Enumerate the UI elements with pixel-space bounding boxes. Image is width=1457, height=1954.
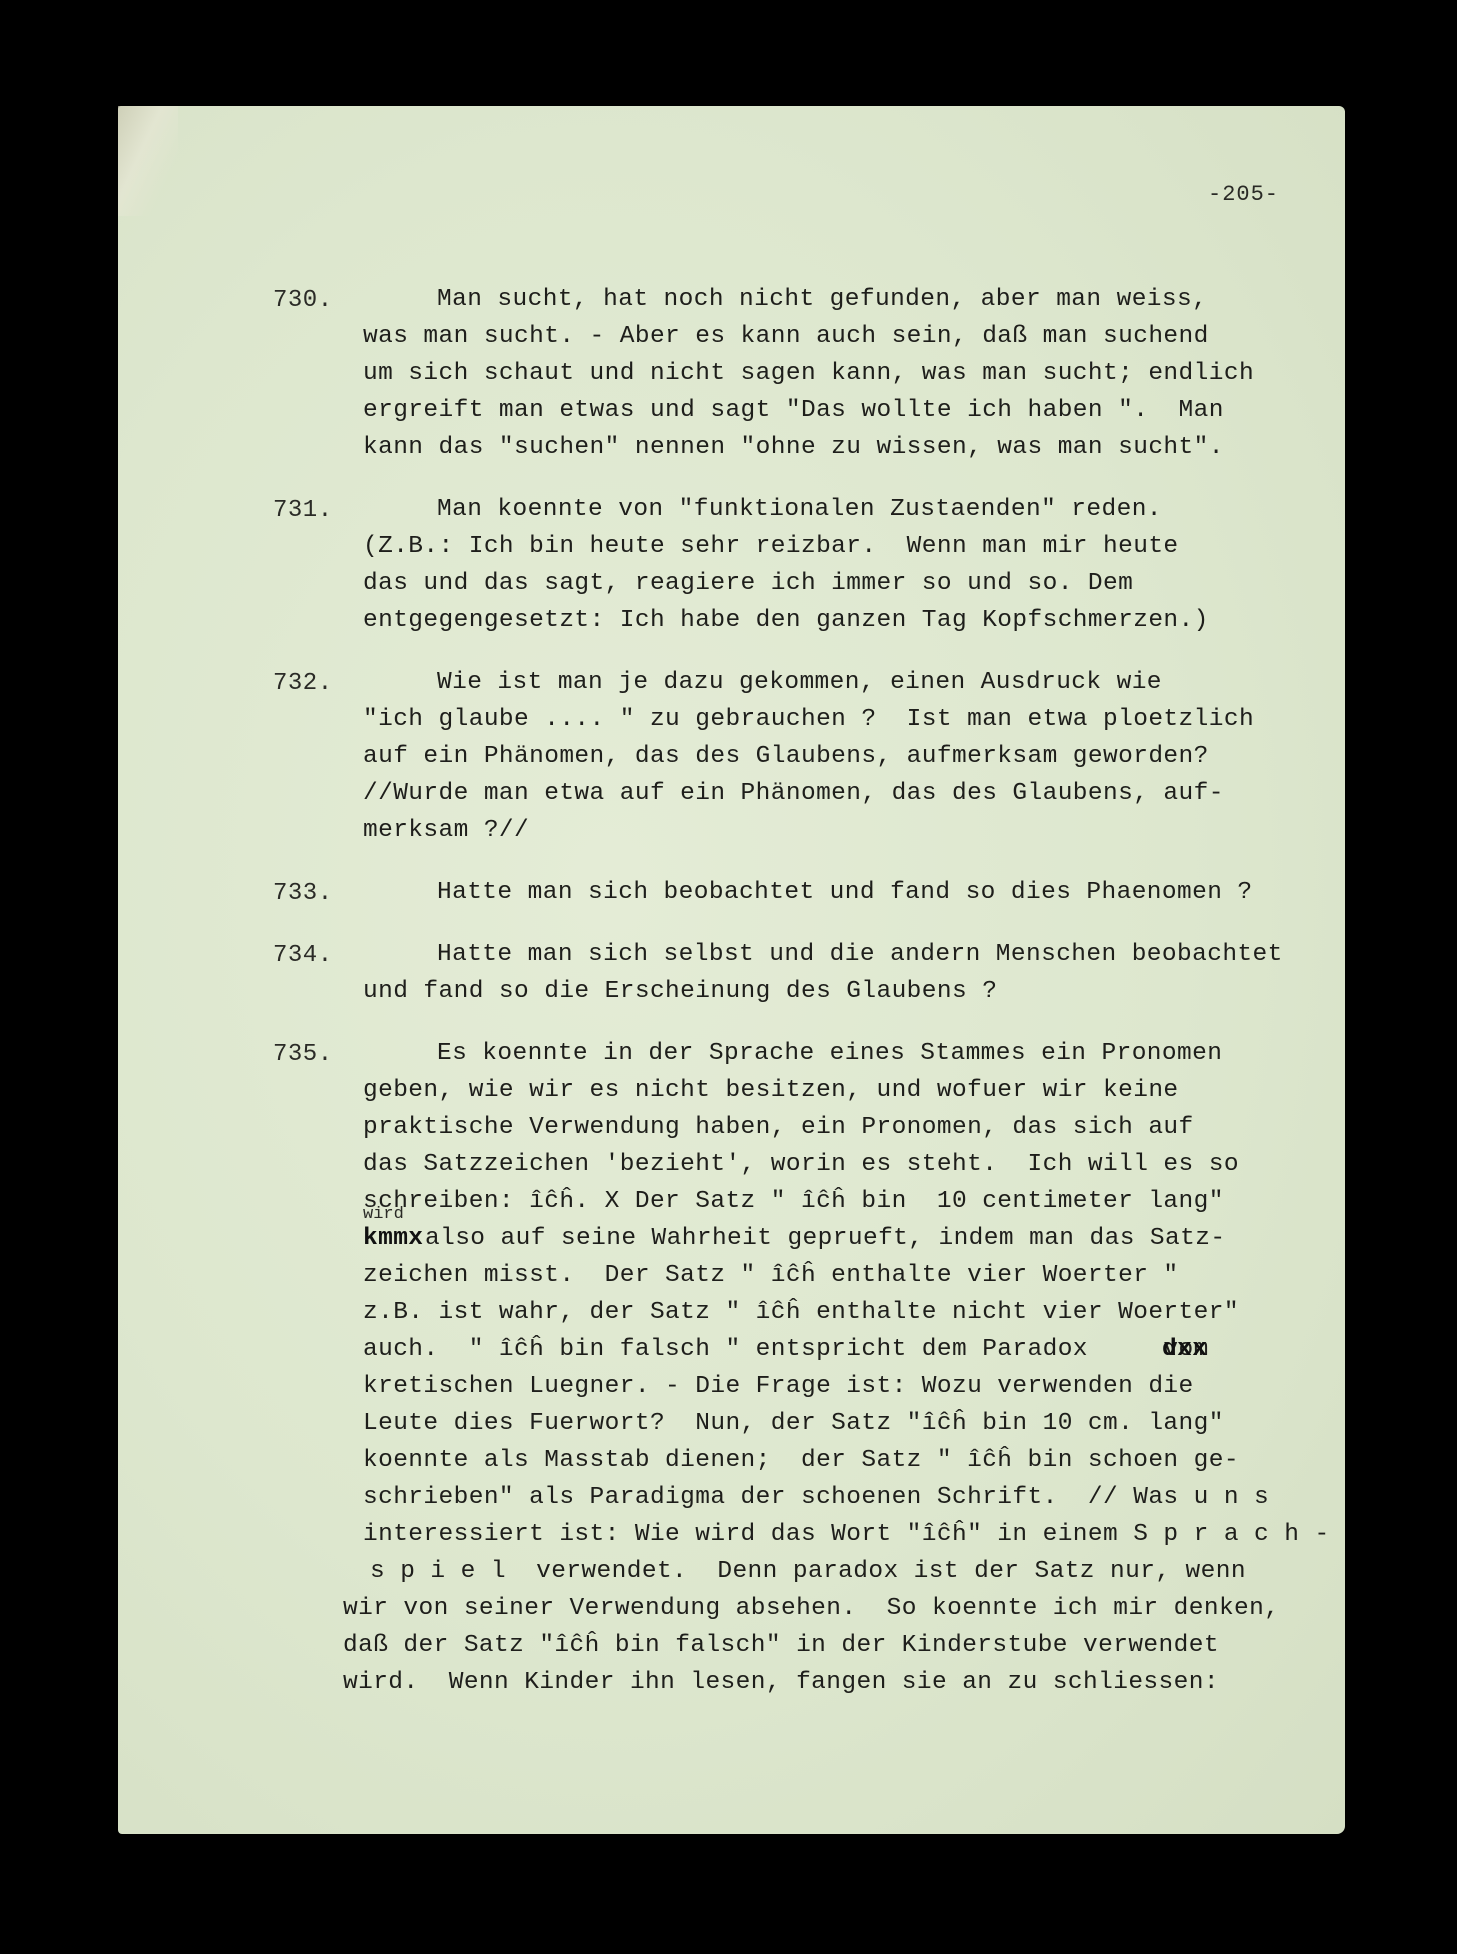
text-line: auch. " îĉĥ bin falsch " entspricht dem … — [363, 1335, 1209, 1365]
text-line: Wie ist man je dazu gekommen, einen Ausd… — [437, 668, 1162, 698]
text-line: daß der Satz "îĉĥ bin falsch" in der Kin… — [343, 1631, 1219, 1661]
text-line: Man sucht, hat noch nicht gefunden, aber… — [437, 285, 1207, 315]
text-line: Es koennte in der Sprache eines Stammes … — [437, 1039, 1222, 1069]
handwritten-insertion: wird — [363, 1206, 404, 1224]
text-line: schreiben: îĉĥ. X Der Satz " îĉĥ bin 10 … — [363, 1187, 1224, 1217]
text-line: das und das sagt, reagiere ich immer so … — [363, 569, 1133, 599]
text-line: wir von seiner Verwendung absehen. So ko… — [343, 1594, 1279, 1624]
text-line: "ich glaube .... " zu gebrauchen ? Ist m… — [363, 705, 1254, 735]
text-line: //Wurde man etwa auf ein Phänomen, das d… — [363, 779, 1224, 809]
text-line: Man koennte von "funktionalen Zustaenden… — [437, 495, 1162, 525]
struck-out-word: dxx — [1162, 1335, 1207, 1365]
text-line: merksam ?// — [363, 816, 529, 846]
text-line: kann das "suchen" nennen "ohne zu wissen… — [363, 433, 1224, 463]
text-line: ergreift man etwas und sagt "Das wollte … — [363, 396, 1224, 426]
page-number: -205- — [1208, 182, 1279, 207]
text-line: um sich schaut und nicht sagen kann, was… — [363, 359, 1254, 389]
remark-number: 735. — [273, 1041, 333, 1068]
text-line: s p i e l verwendet. Denn paradox ist de… — [370, 1557, 1246, 1587]
text-line: koennte als Masstab dienen; der Satz " î… — [363, 1446, 1239, 1476]
text-line: zeichen misst. Der Satz " îĉĥ enthalte v… — [363, 1261, 1179, 1291]
remark-number: 732. — [273, 670, 333, 697]
remark-number: 730. — [273, 287, 333, 314]
text-line: kretischen Luegner. - Die Frage ist: Woz… — [363, 1372, 1194, 1402]
text-line: Hatte man sich selbst und die andern Men… — [437, 940, 1283, 970]
struck-out-word: kmmx — [363, 1224, 423, 1254]
text-line: schrieben" als Paradigma der schoenen Sc… — [363, 1483, 1269, 1513]
text-line: praktische Verwendung haben, ein Pronome… — [363, 1113, 1194, 1143]
text-line: entgegengesetzt: Ich habe den ganzen Tag… — [363, 606, 1209, 636]
text-line: Leute dies Fuerwort? Nun, der Satz "îĉĥ … — [363, 1409, 1224, 1439]
text-line: also auf seine Wahrheit geprueft, indem … — [425, 1224, 1225, 1254]
remark-number: 731. — [273, 497, 333, 524]
text-line: Hatte man sich beobachtet und fand so di… — [437, 878, 1253, 908]
text-line: was man sucht. - Aber es kann auch sein,… — [363, 322, 1209, 352]
text-line: auf ein Phänomen, das des Glaubens, aufm… — [363, 742, 1209, 772]
remark-number: 733. — [273, 880, 333, 907]
text-line: das Satzzeichen 'bezieht', worin es steh… — [363, 1150, 1239, 1180]
text-line: (Z.B.: Ich bin heute sehr reizbar. Wenn … — [363, 532, 1179, 562]
text-line: und fand so die Erscheinung des Glaubens… — [363, 977, 997, 1007]
text-line: z.B. ist wahr, der Satz " îĉĥ enthalte n… — [363, 1298, 1239, 1328]
remark-number: 734. — [273, 942, 333, 969]
text-line: wird. Wenn Kinder ihn lesen, fangen sie … — [343, 1668, 1219, 1698]
text-line: interessiert ist: Wie wird das Wort "îĉĥ… — [363, 1520, 1330, 1550]
text-line: geben, wie wir es nicht besitzen, und wo… — [363, 1076, 1179, 1106]
